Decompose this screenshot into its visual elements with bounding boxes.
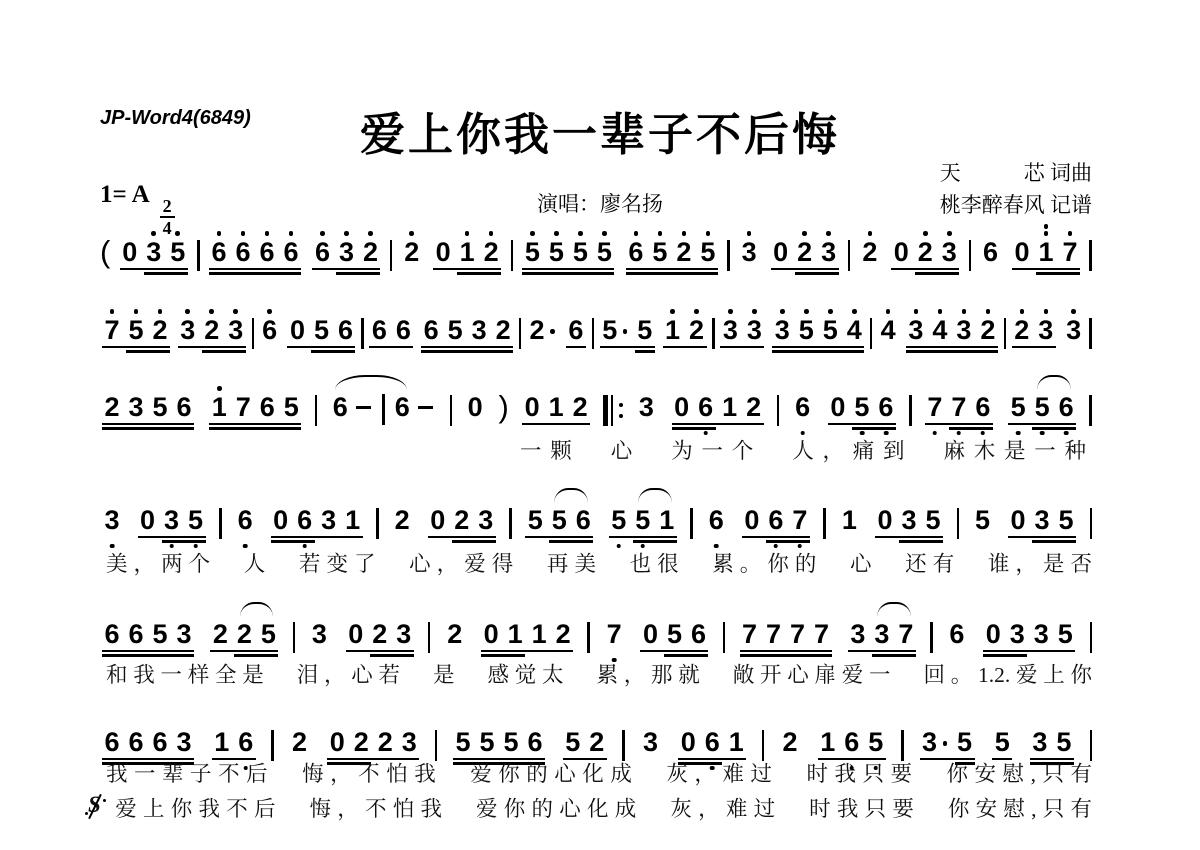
barline [723, 622, 725, 653]
note-cell: 1 [341, 496, 365, 551]
beam-line [740, 650, 832, 652]
note-group: 2356 [100, 383, 196, 438]
duration-dot [943, 741, 948, 746]
beam-line [144, 272, 188, 274]
octave-dots-above [231, 222, 255, 236]
note-cell: 3 [634, 383, 658, 438]
lyrics-line-4: 我一辈子不后 悔，不怕我 爱你的心化成 灰，难过 时我只要 你安慰,只有 [106, 761, 1092, 787]
note-digit: 3 [846, 619, 870, 649]
paren-symbol: ( [100, 235, 110, 269]
note-group: 3 [737, 228, 761, 283]
octave-dot-below [169, 544, 174, 549]
dash-mark [418, 406, 433, 409]
beam-line [126, 350, 170, 352]
barline [519, 318, 521, 349]
note-cell: 2 [685, 306, 709, 361]
note-digit: 5 [970, 505, 994, 535]
octave-dots-above [718, 300, 742, 314]
beam-line [209, 427, 301, 429]
lyrics-line-1: 一颗 心 为一个 人，痛到 麻木是一种 [520, 438, 1086, 464]
note-cell: 2 [450, 496, 474, 551]
note-digit: 5 [475, 727, 499, 757]
beam-line [664, 654, 708, 656]
note-digit: 2 [793, 237, 817, 267]
note-digit: 3 [737, 237, 761, 267]
octave-dot-below [703, 431, 708, 436]
beam-line [925, 423, 993, 425]
note-cell: 0 [670, 383, 694, 438]
note-cell: 0 [426, 496, 450, 551]
note-digit: 7 [602, 619, 626, 649]
octave-dots-above [310, 222, 334, 236]
note-digit: 6 [694, 392, 718, 422]
octave-dot-below [110, 544, 115, 549]
lyrics-line-2: 美，两个 人 若变了 心，爱得 再美 也很 累。你的 心 还有 谁，是否 [106, 551, 1092, 577]
note-digit: 5 [256, 619, 280, 649]
note-digit: 5 [662, 619, 686, 649]
note-cell: 2 [200, 306, 224, 361]
note-group: 6532 [419, 306, 515, 361]
beam-line [949, 427, 993, 429]
note-cell: 6 [874, 383, 898, 438]
note-digit: 0 [981, 619, 1005, 649]
note-cell: 6 [310, 228, 334, 283]
note-cell: 7 [947, 383, 971, 438]
octave-dots-above [952, 300, 976, 314]
note-cell: 2 [400, 228, 424, 283]
barline [390, 240, 392, 271]
note-cell: 6 [564, 306, 588, 361]
note-cell: 5 [794, 306, 818, 361]
beam-line [906, 346, 998, 348]
note-digit: 2 [672, 237, 696, 267]
note-cell: 2 [358, 228, 382, 283]
note-digit: 6 [234, 727, 258, 757]
note-digit: 1 [724, 727, 748, 757]
note-cell: 3 [467, 306, 491, 361]
note-cell: 5 [520, 228, 544, 283]
note-cell: 5 [598, 306, 633, 361]
octave-dots-above [200, 300, 224, 314]
note-cell: 5 [696, 228, 720, 283]
note-digit: 5 [1030, 392, 1054, 422]
duration-dot [550, 329, 555, 334]
note-cell: 0 [285, 306, 309, 361]
note-digit: 3 [952, 315, 976, 345]
note-digit: 0 [136, 505, 160, 535]
octave-dots-above [770, 300, 794, 314]
note-digit: 7 [788, 505, 812, 535]
note-digit: 5 [568, 237, 592, 267]
barline [727, 240, 729, 271]
note-cell: 5 [148, 610, 172, 665]
note-digit: 6 [279, 237, 303, 267]
note-digit: 5 [547, 505, 571, 535]
beam-line [452, 540, 496, 542]
note-cell: 5 [592, 228, 616, 283]
note-group: 3432 [904, 306, 1000, 361]
note-digit: 2 [400, 237, 424, 267]
beam-line [1030, 758, 1074, 760]
bar-thick [603, 395, 607, 426]
note-cell: 0 [873, 496, 897, 551]
note-cell: 5 [443, 306, 467, 361]
note-cell: 6 [945, 610, 969, 665]
note-digit: 5 [631, 505, 655, 535]
note-cell: 6 [367, 306, 391, 361]
barline [450, 395, 452, 426]
note-digit: 6 [124, 619, 148, 649]
note-cell: 7 [786, 610, 810, 665]
note-digit: 6 [328, 392, 352, 422]
note-digit: 6 [231, 237, 255, 267]
beam-line [818, 758, 886, 760]
note-digit: 1 [207, 392, 231, 422]
note-digit: 0 [769, 237, 793, 267]
note-cell: 2 [148, 306, 172, 361]
barline [690, 508, 692, 539]
note-digit: 5 [124, 315, 148, 345]
note-group: 23 [1010, 306, 1058, 361]
note-cell: 0 [1010, 228, 1034, 283]
note-group: 6 [704, 496, 728, 551]
octave-dots-above [100, 300, 124, 314]
beam-line [891, 268, 959, 270]
octave-dots-above [976, 300, 1000, 314]
note-digit: 2 [443, 619, 467, 649]
music-line-5: 66532253023201127056777733760335 [100, 610, 1092, 665]
note-cell: 3 [718, 306, 742, 361]
beam-line [549, 540, 593, 542]
note-group: 4 [876, 306, 900, 361]
note-group: 6 [979, 228, 1003, 283]
note-cell: 3 [307, 610, 331, 665]
note-cell: 3 [952, 306, 976, 361]
note-digit: 0 [118, 237, 142, 267]
octave-dot-below [884, 431, 889, 436]
beam-line [287, 346, 355, 348]
note-digit: 6 [764, 505, 788, 535]
beam-line [772, 350, 864, 352]
note-digit: 7 [810, 619, 834, 649]
barline [428, 622, 430, 653]
note-digit: 0 [873, 505, 897, 535]
note-digit: 2 [358, 237, 382, 267]
note-digit: 0 [463, 392, 487, 422]
octave-dots-above [696, 222, 720, 236]
beam-line [209, 268, 301, 270]
beam-line [522, 272, 614, 274]
note-cell: 5 [166, 228, 190, 283]
note-cell: 5 [607, 496, 631, 551]
note-digit: 2 [349, 727, 373, 757]
tie-arc [877, 602, 911, 617]
note-digit: 6 [419, 315, 443, 345]
note-digit: 5 [1054, 505, 1078, 535]
note-group: 3554 [770, 306, 866, 361]
note-digit: 5 [592, 237, 616, 267]
note-digit: 5 [166, 237, 190, 267]
note-digit: 3 [334, 237, 358, 267]
octave-dots-above [176, 300, 200, 314]
note-digit: 6 [686, 619, 710, 649]
beam-line [899, 540, 943, 542]
barline [435, 730, 437, 761]
note-digit: 5 [279, 392, 303, 422]
note-digit: 2 [525, 315, 549, 345]
octave-dots-above [648, 222, 672, 236]
barline [587, 622, 589, 653]
note-digit: 5 [523, 505, 547, 535]
note-digit: 0 [285, 315, 309, 345]
beam-line [525, 536, 593, 538]
note-cell: 2 [479, 228, 503, 283]
note-digit: 6 [1054, 392, 1078, 422]
note-cell: 6 [419, 306, 443, 361]
performer-label: 演唱：廖名扬 [400, 188, 800, 218]
beam-line [522, 268, 614, 270]
note-cell: 3 [846, 610, 870, 665]
note-digit: 2 [232, 619, 256, 649]
note-group: 6666 [207, 228, 303, 283]
note-digit: 3 [904, 315, 928, 345]
note-group: 225 [208, 610, 280, 665]
beam-line [672, 427, 716, 429]
beam-line [609, 536, 677, 538]
barline [315, 395, 317, 426]
barline [1089, 318, 1091, 349]
octave-dots-above [794, 300, 818, 314]
beam-line [346, 650, 414, 652]
note-digit: 6 [971, 392, 995, 422]
note-cell: 0 [638, 610, 662, 665]
note-cell: 5 [256, 610, 280, 665]
beam-line [102, 654, 194, 656]
note-digit: 0 [1006, 505, 1030, 535]
note-cell: 5 [148, 383, 172, 438]
note-group: 55 [598, 306, 657, 361]
beam-line [766, 540, 810, 542]
note-cell: 5 [523, 496, 547, 551]
note-cell: 5 [568, 228, 592, 283]
note-digit: 2 [450, 505, 474, 535]
note-digit: 3 [817, 237, 841, 267]
barline [1004, 318, 1006, 349]
note-digit: 6 [700, 727, 724, 757]
note-cell: 2 [390, 496, 414, 551]
note-cell: 5 [547, 496, 571, 551]
octave-dots-above [1034, 222, 1058, 236]
note-digit: 2 [778, 727, 802, 757]
note-cell: 5 [184, 496, 208, 551]
note-group: 6 [564, 306, 588, 361]
barline [511, 240, 513, 271]
note-group: 2 [858, 228, 882, 283]
beam-line [983, 654, 1027, 656]
beam-line [640, 650, 708, 652]
beam-line [312, 268, 380, 270]
note-digit: 3 [172, 619, 196, 649]
octave-dots-above [624, 222, 648, 236]
note-group: 6 [258, 306, 282, 361]
note-digit: 6 [310, 237, 334, 267]
note-cell: 2 [491, 306, 515, 361]
note-cell: 0 [344, 610, 368, 665]
note-cell: 3 [142, 228, 166, 283]
note-digit: 2 [200, 315, 224, 345]
note-cell: 0 [740, 496, 764, 551]
beam-line [672, 423, 764, 425]
note-cell: 2 [368, 610, 392, 665]
note-group: 66 [367, 306, 415, 361]
octave-dots-above [817, 222, 841, 236]
octave-dots-above [455, 222, 479, 236]
beam-line [992, 758, 1012, 760]
note-cell: 5 [124, 306, 148, 361]
note-group: 6 [945, 610, 969, 665]
octave-dot-below [798, 544, 803, 549]
note-digit: 0 [889, 237, 913, 267]
note-cell: 7 [602, 610, 626, 665]
note-digit: 7 [1058, 237, 1082, 267]
note-cell: 5 [279, 383, 303, 438]
note-group: 035 [118, 228, 190, 283]
note-group: 3 [100, 496, 124, 551]
note-group: 323 [176, 306, 248, 361]
octave-dots-above [124, 300, 148, 314]
note-cell: 5 [970, 496, 994, 551]
note-digit: 3 [176, 315, 200, 345]
key-label: 1= A [100, 181, 150, 208]
note-cell: 5 [850, 383, 874, 438]
octave-dot-below [1016, 431, 1021, 436]
note-group: 017 [1010, 228, 1082, 283]
octave-dots-above [544, 222, 568, 236]
note-cell: 1 [837, 496, 861, 551]
note-cell: 1 [503, 610, 527, 665]
beam-line [795, 272, 839, 274]
note-digit: 5 [607, 505, 631, 535]
note-cell: 2 [742, 383, 766, 438]
note-cell: 5 [662, 610, 686, 665]
note-digit: 3 [467, 315, 491, 345]
octave-dots-above [1058, 222, 1082, 236]
beam-line [1008, 423, 1076, 425]
note-cell: 3 [937, 228, 961, 283]
beam-line [271, 536, 363, 538]
note-cell: 7 [1058, 228, 1082, 283]
octave-dots-above [685, 300, 709, 314]
note-cell: 6 [390, 383, 414, 438]
octave-dot-below [641, 544, 646, 549]
note-digit: 6 [333, 315, 357, 345]
barline-mark [382, 394, 384, 425]
note-cell: 2 [551, 610, 575, 665]
note-group: 3 [1062, 306, 1086, 361]
barline [762, 730, 764, 761]
note-digit: 0 [740, 505, 764, 535]
note-digit: 0 [344, 619, 368, 649]
note-digit: 7 [894, 619, 918, 649]
note-digit: 1 [718, 392, 742, 422]
note-digit: 5 [148, 619, 172, 649]
note-digit: 6 [293, 505, 317, 535]
note-cell: 6 [231, 228, 255, 283]
note-cell: 6 [971, 383, 995, 438]
octave-dots-above [672, 222, 696, 236]
note-cell: 3 [160, 496, 184, 551]
note-digit: 0 [826, 392, 850, 422]
beam-line [336, 272, 380, 274]
note-digit: 5 [1053, 619, 1077, 649]
note-group: 0112 [479, 610, 575, 665]
beam-line [209, 423, 301, 425]
beam-line [102, 427, 194, 429]
note-cell: 3 [1005, 610, 1029, 665]
note-cell: 2 [858, 228, 882, 283]
beam-line [1032, 540, 1076, 542]
meter-numerator: 2 [160, 197, 175, 218]
tie-arc [554, 488, 588, 503]
note-cell: 7 [762, 610, 786, 665]
note-cell: 3 [176, 306, 200, 361]
note-cell: 4 [842, 306, 866, 361]
note-cell: 2 [100, 383, 124, 438]
barline [592, 318, 594, 349]
note-digit: 2 [288, 727, 312, 757]
beam-line [742, 536, 810, 538]
beam-line [915, 272, 959, 274]
repeat-dots [619, 403, 623, 419]
note-digit: 7 [923, 392, 947, 422]
note-digit: 1 [455, 237, 479, 267]
note-digit: 3 [918, 727, 942, 757]
note-digit: 3 [1028, 727, 1052, 757]
note-cell: 6 [172, 383, 196, 438]
note-cell: 7 [810, 610, 834, 665]
beam-line [626, 268, 718, 270]
note-cell: 5 [631, 496, 655, 551]
octave-dots-above [592, 222, 616, 236]
octave-dots-above [255, 222, 279, 236]
barline [361, 318, 363, 349]
note-digit: 6 [523, 727, 547, 757]
note-cell: 5 [818, 306, 842, 361]
note-digit: 5 [850, 392, 874, 422]
note-cell: 6 [124, 610, 148, 665]
octave-dot-below [617, 544, 622, 549]
note-digit: 3 [1034, 315, 1058, 345]
octave-dot-below [981, 431, 986, 436]
note-digit: 3 [160, 505, 184, 535]
credit-writer: 天 芯 词曲 [940, 157, 1092, 189]
note-digit: 5 [598, 315, 622, 345]
octave-dots-above [876, 300, 900, 314]
beam-line [872, 654, 916, 656]
note-group: 551 [607, 496, 679, 551]
note-cell: 6 [571, 496, 595, 551]
note-digit: 5 [520, 237, 544, 267]
note-digit: 1 [341, 505, 365, 535]
note-digit: 5 [451, 727, 475, 757]
beam-line [433, 268, 501, 270]
note-digit: 5 [794, 315, 818, 345]
tie-arc [1037, 375, 1071, 390]
note-digit: 2 [208, 619, 232, 649]
dash-mark [356, 406, 371, 409]
note-cell: 3 [224, 306, 248, 361]
note-cell: 3 [770, 306, 794, 361]
